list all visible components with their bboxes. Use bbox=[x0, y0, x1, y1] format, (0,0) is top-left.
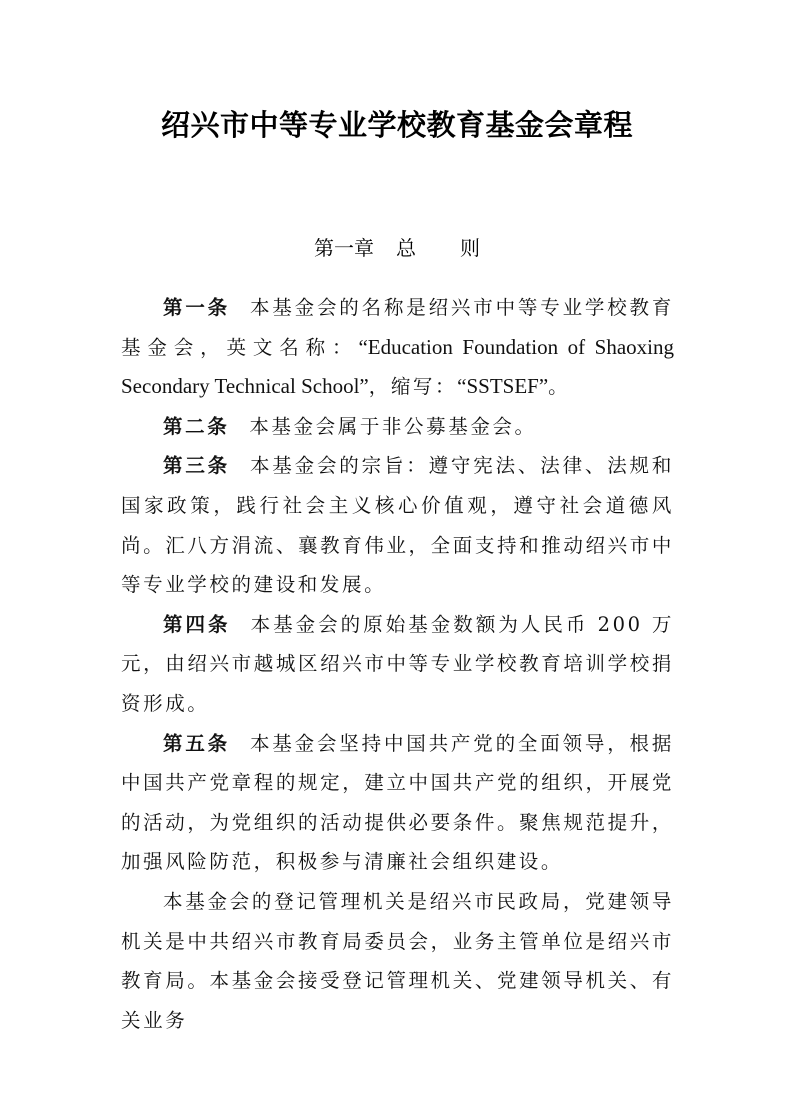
chapter-title-part2: 则 bbox=[460, 236, 480, 260]
article-text-end: 。 bbox=[548, 375, 570, 398]
article-5-continuation: 本基金会的登记管理机关是绍兴市民政局，党建领导机关是中共绍兴市教育局委员会，业务… bbox=[121, 882, 674, 1040]
article-label: 第三条 bbox=[163, 454, 230, 477]
chapter-title-part1: 总 bbox=[396, 236, 416, 260]
article-5: 第五条本基金会坚持中国共产党的全面领导，根据中国共产党章程的规定，建立中国共产党… bbox=[121, 724, 674, 882]
article-1: 第一条本基金会的名称是绍兴市中等专业学校教育基金会，英文名称：“Educatio… bbox=[121, 288, 674, 407]
article-label: 第一条 bbox=[163, 296, 230, 319]
article-text-cont: ，缩写： bbox=[369, 375, 457, 398]
chapter-number: 第一章 bbox=[314, 236, 374, 260]
chapter-heading: 第一章总则 bbox=[0, 232, 794, 264]
document-title: 绍兴市中等专业学校教育基金会章程 bbox=[0, 103, 794, 147]
chapter-body: 第一条本基金会的名称是绍兴市中等专业学校教育基金会，英文名称：“Educatio… bbox=[121, 288, 674, 1040]
article-label: 第五条 bbox=[163, 732, 230, 755]
article-3: 第三条本基金会的宗旨：遵守宪法、法律、法规和国家政策，践行社会主义核心价值观，遵… bbox=[121, 446, 674, 604]
abbreviation: “SSTSEF” bbox=[457, 374, 548, 398]
article-4: 第四条本基金会的原始基金数额为人民币 200 万元，由绍兴市越城区绍兴市中等专业… bbox=[121, 605, 674, 724]
article-text: 本基金会属于非公募基金会。 bbox=[249, 415, 536, 438]
article-2: 第二条本基金会属于非公募基金会。 bbox=[121, 407, 674, 447]
article-label: 第二条 bbox=[163, 415, 229, 438]
document-page: 绍兴市中等专业学校教育基金会章程 第一章总则 第一条本基金会的名称是绍兴市中等专… bbox=[0, 0, 794, 1108]
article-label: 第四条 bbox=[163, 613, 231, 636]
